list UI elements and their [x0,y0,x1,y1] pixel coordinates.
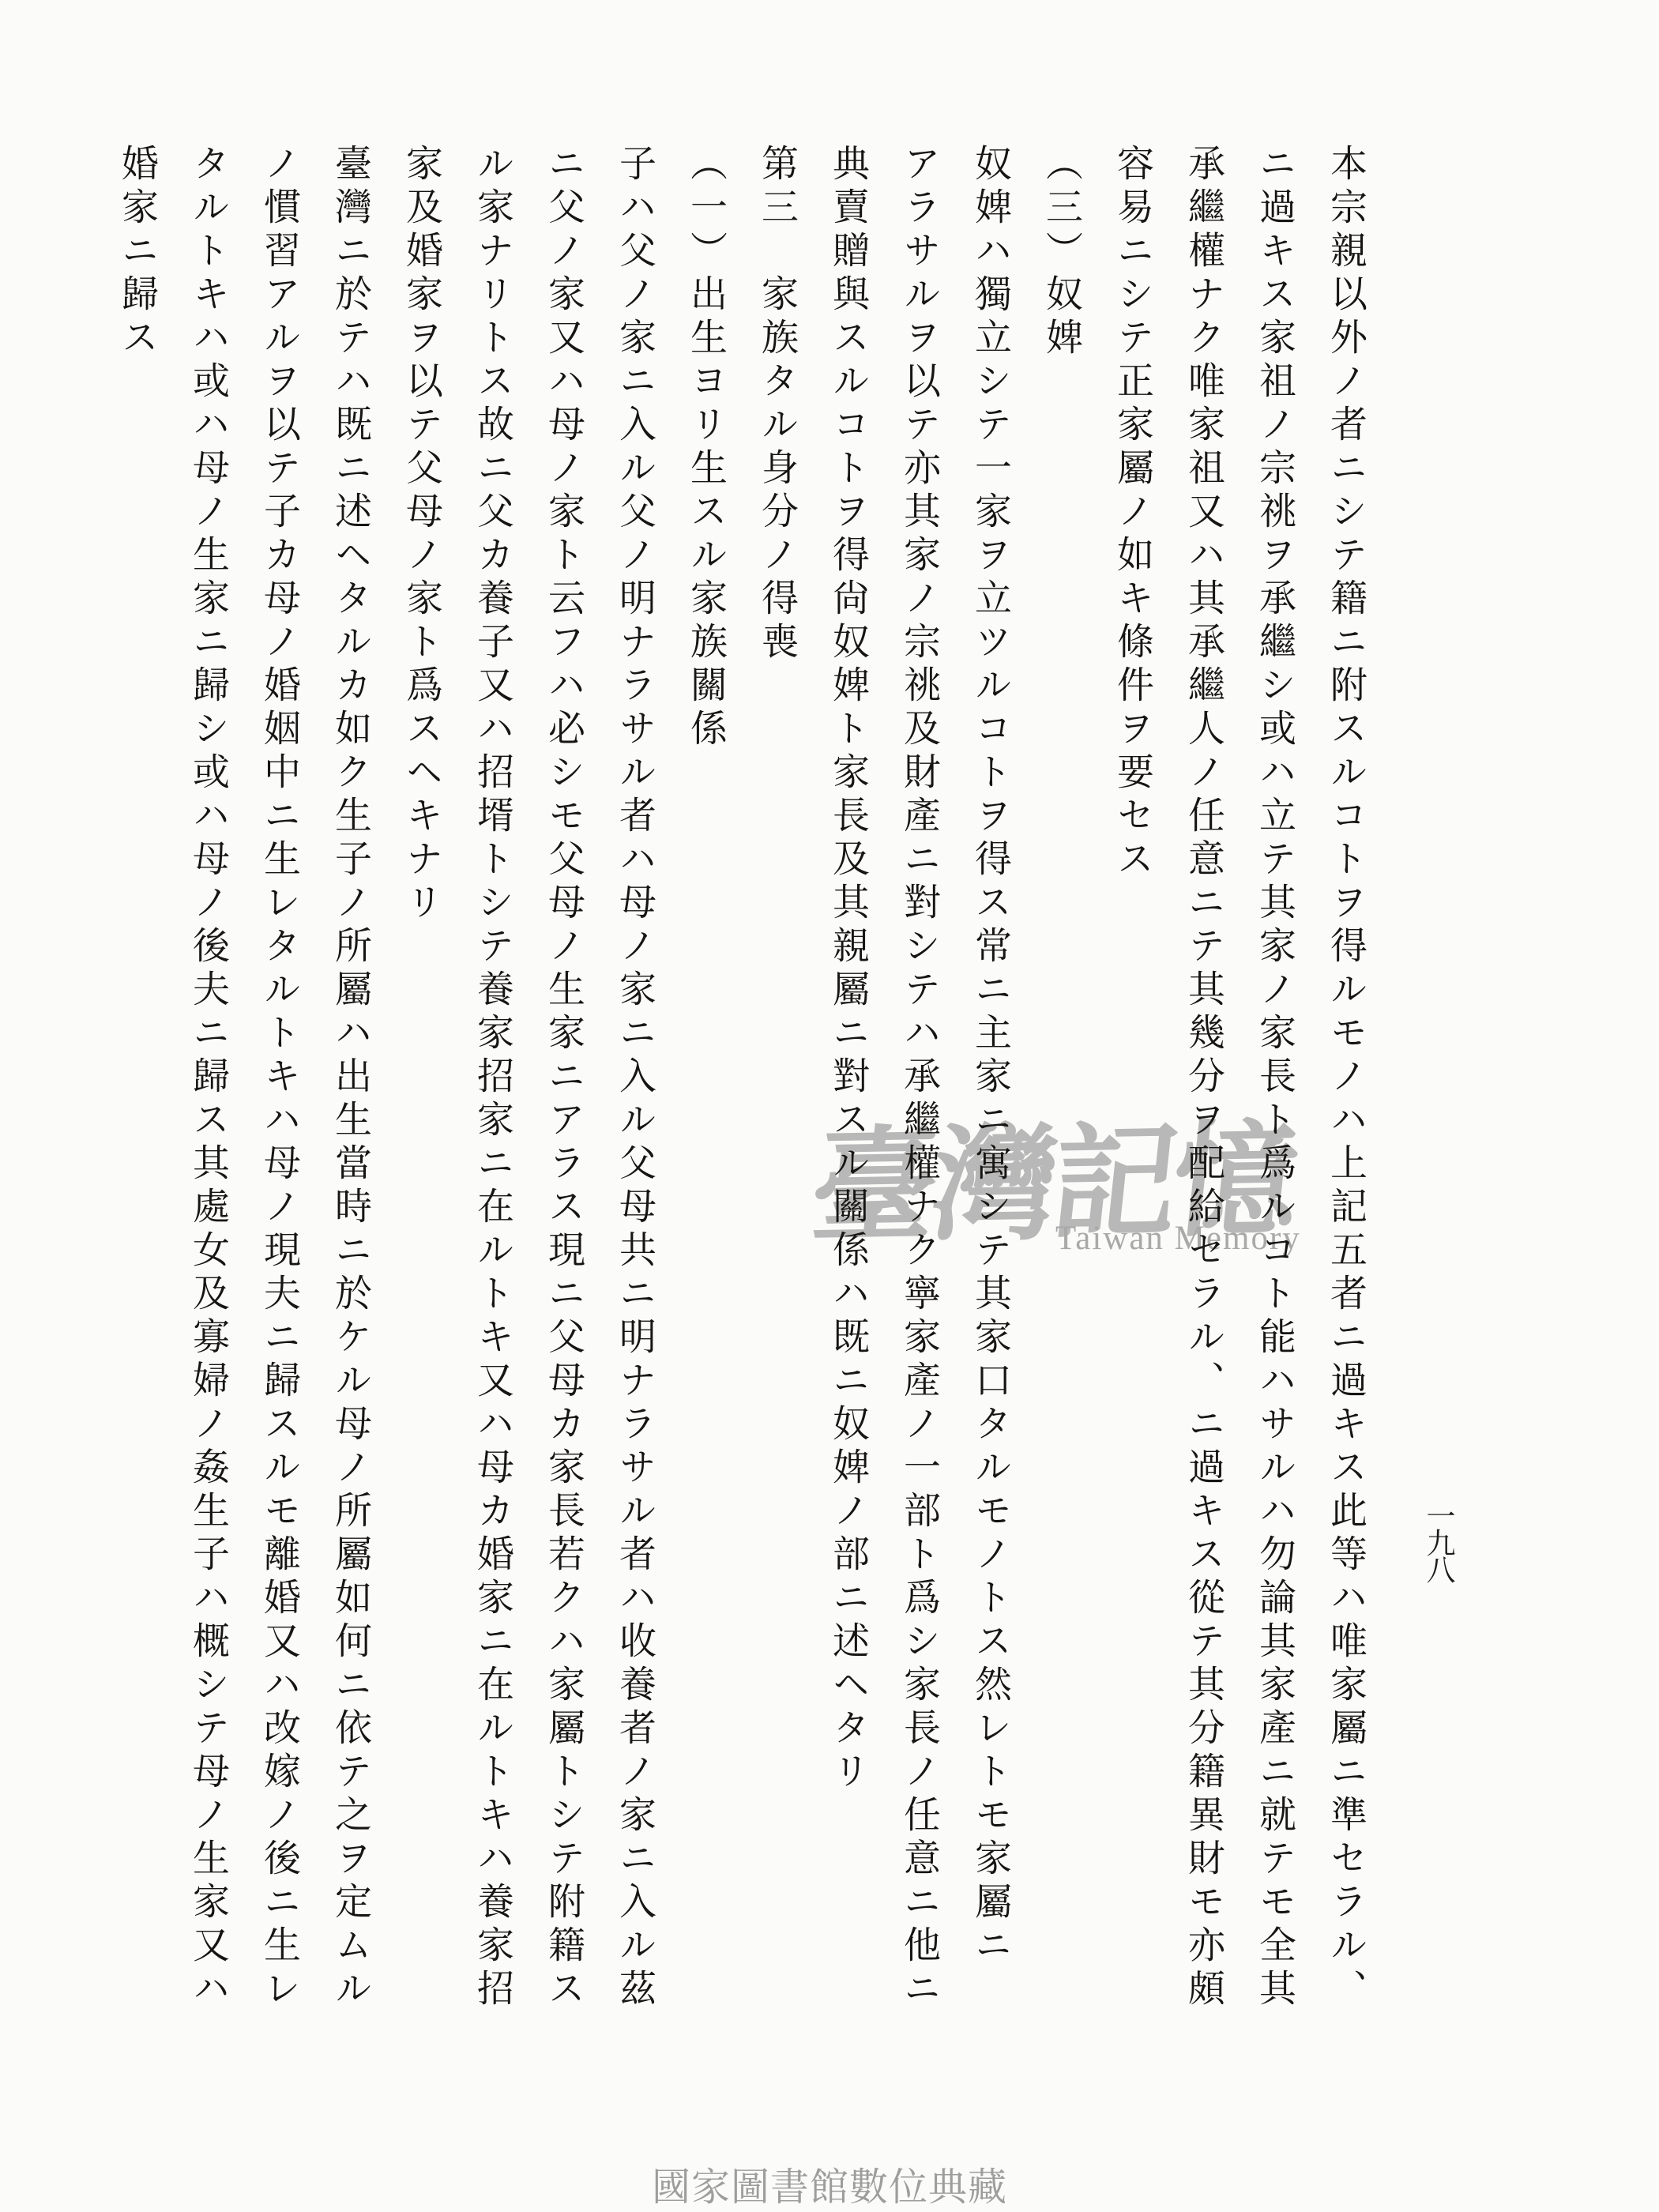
text-column: ニ父ノ家又ハ母ノ家ト云フハ必シモ父母ノ生家ニアラス現ニ父母カ家長若クハ家屬トシテ… [528,144,599,2016]
text-column: 承繼權ナク唯家祖又ハ其承繼人ノ任意ニテ其幾分ヲ配給セラル、ニ過キス從テ其分籍異財… [1168,144,1239,2016]
vertical-text-block: 本宗親以外ノ者ニシテ籍ニ附スルコトヲ得ルモノハ上記五者ニ過キス此等ハ唯家屬ニ準セ… [101,144,1381,2016]
text-column: 子ハ父ノ家ニ入ル父ノ明ナラサル者ハ母ノ家ニ入ル父母共ニ明ナラサル者ハ收養者ノ家ニ… [599,144,670,2016]
subsection-heading-shussei: （一）出生ヨリ生スル家族關係 [670,144,741,2016]
text-column: 奴婢ハ獨立シテ一家ヲ立ツルコトヲ得ス常ニ主家ニ寓シテ其家口タルモノトス然レトモ家… [954,144,1025,2016]
text-column: 本宗親以外ノ者ニシテ籍ニ附スルコトヲ得ルモノハ上記五者ニ過キス此等ハ唯家屬ニ準セ… [1310,144,1381,2016]
text-column: 臺灣ニ於テハ既ニ述ヘタルカ如ク生子ノ所屬ハ出生當時ニ於ケル母ノ所屬如何ニ依テ之ヲ… [314,144,386,2016]
text-column: 典賣贈與スルコトヲ得尙奴婢ト家長及其親屬ニ對スル關係ハ既ニ奴婢ノ部ニ述ヘタリ [812,144,883,2016]
scanned-document-page: 本宗親以外ノ者ニシテ籍ニ附スルコトヲ得ルモノハ上記五者ニ過キス此等ハ唯家屬ニ準セ… [0,0,1659,2212]
text-column: ニ過キス家祖ノ宗祧ヲ承繼シ或ハ立テ其家ノ家長ト爲ルコト能ハサルハ勿論其家產ニ就テ… [1239,144,1310,2016]
text-column: タルトキハ或ハ母ノ生家ニ歸シ或ハ母ノ後夫ニ歸ス其處女及寡婦ノ姦生子ハ概シテ母ノ生… [172,144,243,2016]
archive-footer-label: 國家圖書館數位典藏 [652,2157,1007,2212]
page-number: 一九八 [1416,1501,1458,1582]
text-column: アラサルヲ以テ亦其家ノ宗祧及財產ニ對シテハ承繼權ナク寧家產ノ一部ト爲シ家長ノ任意… [883,144,954,2016]
text-column: 婚家ニ歸ス [101,144,172,2016]
text-column: 家及婚家ヲ以テ父母ノ家ト爲スヘキナリ [386,144,457,2016]
text-column: ノ慣習アルヲ以テ子カ母ノ婚姻中ニ生レタルトキハ母ノ現夫ニ歸スルモ離婚又ハ改嫁ノ後… [243,144,314,2016]
subsection-heading-nuhi: （三）奴婢 [1025,144,1097,2016]
text-column: 容易ニシテ正家屬ノ如キ條件ヲ要セス [1097,144,1168,2016]
text-column: ル家ナリトス故ニ父カ養子又ハ招壻トシテ養家招家ニ在ルトキ又ハ母カ婚家ニ在ルトキハ… [457,144,528,2016]
section-heading-daisan: 第三 家族タル身分ノ得喪 [741,144,812,2016]
